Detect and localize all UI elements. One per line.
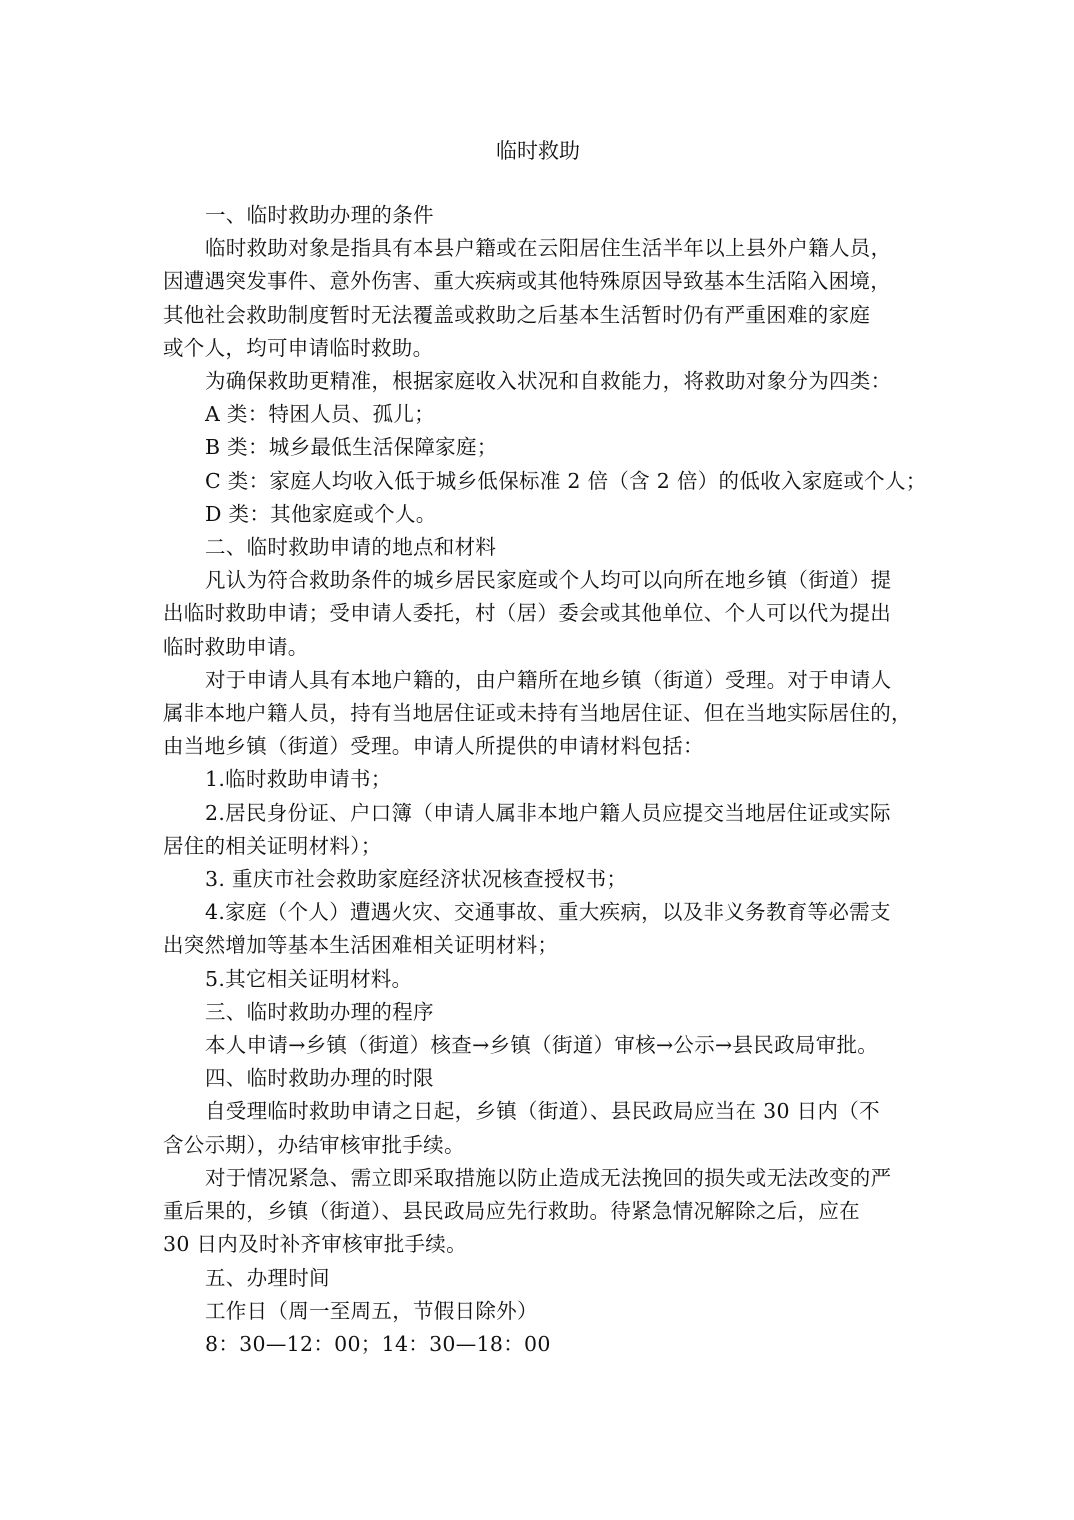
- text-line: 本人申请→乡镇（街道）核查→乡镇（街道）审核→公示→县民政局审批。: [163, 1029, 913, 1062]
- text-line: 重后果的，乡镇（街道）、县民政局应先行救助。待紧急情况解除之后，应在: [163, 1195, 913, 1228]
- paragraph: C 类：家庭人均收入低于城乡低保标准 2 倍（含 2 倍）的低收入家庭或个人；: [163, 465, 913, 498]
- text-line: A 类：特困人员、孤儿；: [163, 398, 913, 431]
- paragraph: 2.居民身份证、户口簿（申请人属非本地户籍人员应提交当地居住证或实际居住的相关证…: [163, 797, 913, 863]
- paragraph: 自受理临时救助申请之日起，乡镇（街道）、县民政局应当在 30 日内（不含公示期）…: [163, 1095, 913, 1161]
- paragraph: 二、临时救助申请的地点和材料: [163, 531, 913, 564]
- text-line: 属非本地户籍人员，持有当地居住证或未持有当地居住证、但在当地实际居住的，: [163, 697, 913, 730]
- text-line: 二、临时救助申请的地点和材料: [163, 531, 913, 564]
- paragraph: 临时救助对象是指具有本县户籍或在云阳居住生活半年以上县外户籍人员，因遭遇突发事件…: [163, 232, 913, 365]
- text-line: 8：30—12：00；14：30—18：00: [163, 1328, 913, 1361]
- paragraph: 三、临时救助办理的程序: [163, 996, 913, 1029]
- paragraph: 5.其它相关证明材料。: [163, 963, 913, 996]
- text-line: D 类：其他家庭或个人。: [163, 498, 913, 531]
- text-line: 含公示期），办结审核审批手续。: [163, 1129, 913, 1162]
- text-line: 五、办理时间: [163, 1262, 913, 1295]
- paragraph: 凡认为符合救助条件的城乡居民家庭或个人均可以向所在地乡镇（街道）提出临时救助申请…: [163, 564, 913, 664]
- text-line: 30 日内及时补齐审核审批手续。: [163, 1228, 913, 1261]
- text-line: 凡认为符合救助条件的城乡居民家庭或个人均可以向所在地乡镇（街道）提: [163, 564, 913, 597]
- text-line: 为确保救助更精准，根据家庭收入状况和自救能力，将救助对象分为四类：: [163, 365, 913, 398]
- text-line: 出突然增加等基本生活困难相关证明材料；: [163, 929, 913, 962]
- text-line: 临时救助申请。: [163, 631, 913, 664]
- text-line: 一、临时救助办理的条件: [163, 199, 913, 232]
- text-line: 对于情况紧急、需立即采取措施以防止造成无法挽回的损失或无法改变的严: [163, 1162, 913, 1195]
- paragraph: 8：30—12：00；14：30—18：00: [163, 1328, 913, 1361]
- paragraph: 3. 重庆市社会救助家庭经济状况核查授权书；: [163, 863, 913, 896]
- text-line: 因遭遇突发事件、意外伤害、重大疾病或其他特殊原因导致基本生活陷入困境，: [163, 265, 913, 298]
- text-line: 或个人，均可申请临时救助。: [163, 332, 913, 365]
- paragraph: 4.家庭（个人）遭遇火灾、交通事故、重大疾病，以及非义务教育等必需支出突然增加等…: [163, 896, 913, 962]
- text-line: 对于申请人具有本地户籍的，由户籍所在地乡镇（街道）受理。对于申请人: [163, 664, 913, 697]
- paragraph: 四、临时救助办理的时限: [163, 1062, 913, 1095]
- paragraph: 五、办理时间: [163, 1262, 913, 1295]
- paragraph: 一、临时救助办理的条件: [163, 199, 913, 232]
- text-line: C 类：家庭人均收入低于城乡低保标准 2 倍（含 2 倍）的低收入家庭或个人；: [163, 465, 913, 498]
- paragraph: B 类：城乡最低生活保障家庭；: [163, 431, 913, 464]
- paragraph: A 类：特困人员、孤儿；: [163, 398, 913, 431]
- text-line: 临时救助对象是指具有本县户籍或在云阳居住生活半年以上县外户籍人员，: [163, 232, 913, 265]
- paragraph: 对于申请人具有本地户籍的，由户籍所在地乡镇（街道）受理。对于申请人属非本地户籍人…: [163, 664, 913, 764]
- text-line: 出临时救助申请；受申请人委托，村（居）委会或其他单位、个人可以代为提出: [163, 597, 913, 630]
- text-line: 工作日（周一至周五，节假日除外）: [163, 1295, 913, 1328]
- text-line: B 类：城乡最低生活保障家庭；: [163, 431, 913, 464]
- text-line: 3. 重庆市社会救助家庭经济状况核查授权书；: [163, 863, 913, 896]
- paragraph: 对于情况紧急、需立即采取措施以防止造成无法挽回的损失或无法改变的严重后果的，乡镇…: [163, 1162, 913, 1262]
- paragraph: 本人申请→乡镇（街道）核查→乡镇（街道）审核→公示→县民政局审批。: [163, 1029, 913, 1062]
- text-line: 1.临时救助申请书；: [163, 763, 913, 796]
- text-line: 三、临时救助办理的程序: [163, 996, 913, 1029]
- text-line: 居住的相关证明材料）；: [163, 830, 913, 863]
- text-line: 5.其它相关证明材料。: [163, 963, 913, 996]
- text-line: 其他社会救助制度暂时无法覆盖或救助之后基本生活暂时仍有严重困难的家庭: [163, 299, 913, 332]
- paragraph: 1.临时救助申请书；: [163, 763, 913, 796]
- document-body: 一、临时救助办理的条件临时救助对象是指具有本县户籍或在云阳居住生活半年以上县外户…: [163, 199, 913, 1361]
- text-line: 2.居民身份证、户口簿（申请人属非本地户籍人员应提交当地居住证或实际: [163, 797, 913, 830]
- text-line: 由当地乡镇（街道）受理。申请人所提供的申请材料包括：: [163, 730, 913, 763]
- document-title: 临时救助: [163, 137, 913, 165]
- text-line: 四、临时救助办理的时限: [163, 1062, 913, 1095]
- text-line: 自受理临时救助申请之日起，乡镇（街道）、县民政局应当在 30 日内（不: [163, 1095, 913, 1128]
- paragraph: 工作日（周一至周五，节假日除外）: [163, 1295, 913, 1328]
- paragraph: D 类：其他家庭或个人。: [163, 498, 913, 531]
- paragraph: 为确保救助更精准，根据家庭收入状况和自救能力，将救助对象分为四类：: [163, 365, 913, 398]
- text-line: 4.家庭（个人）遭遇火灾、交通事故、重大疾病，以及非义务教育等必需支: [163, 896, 913, 929]
